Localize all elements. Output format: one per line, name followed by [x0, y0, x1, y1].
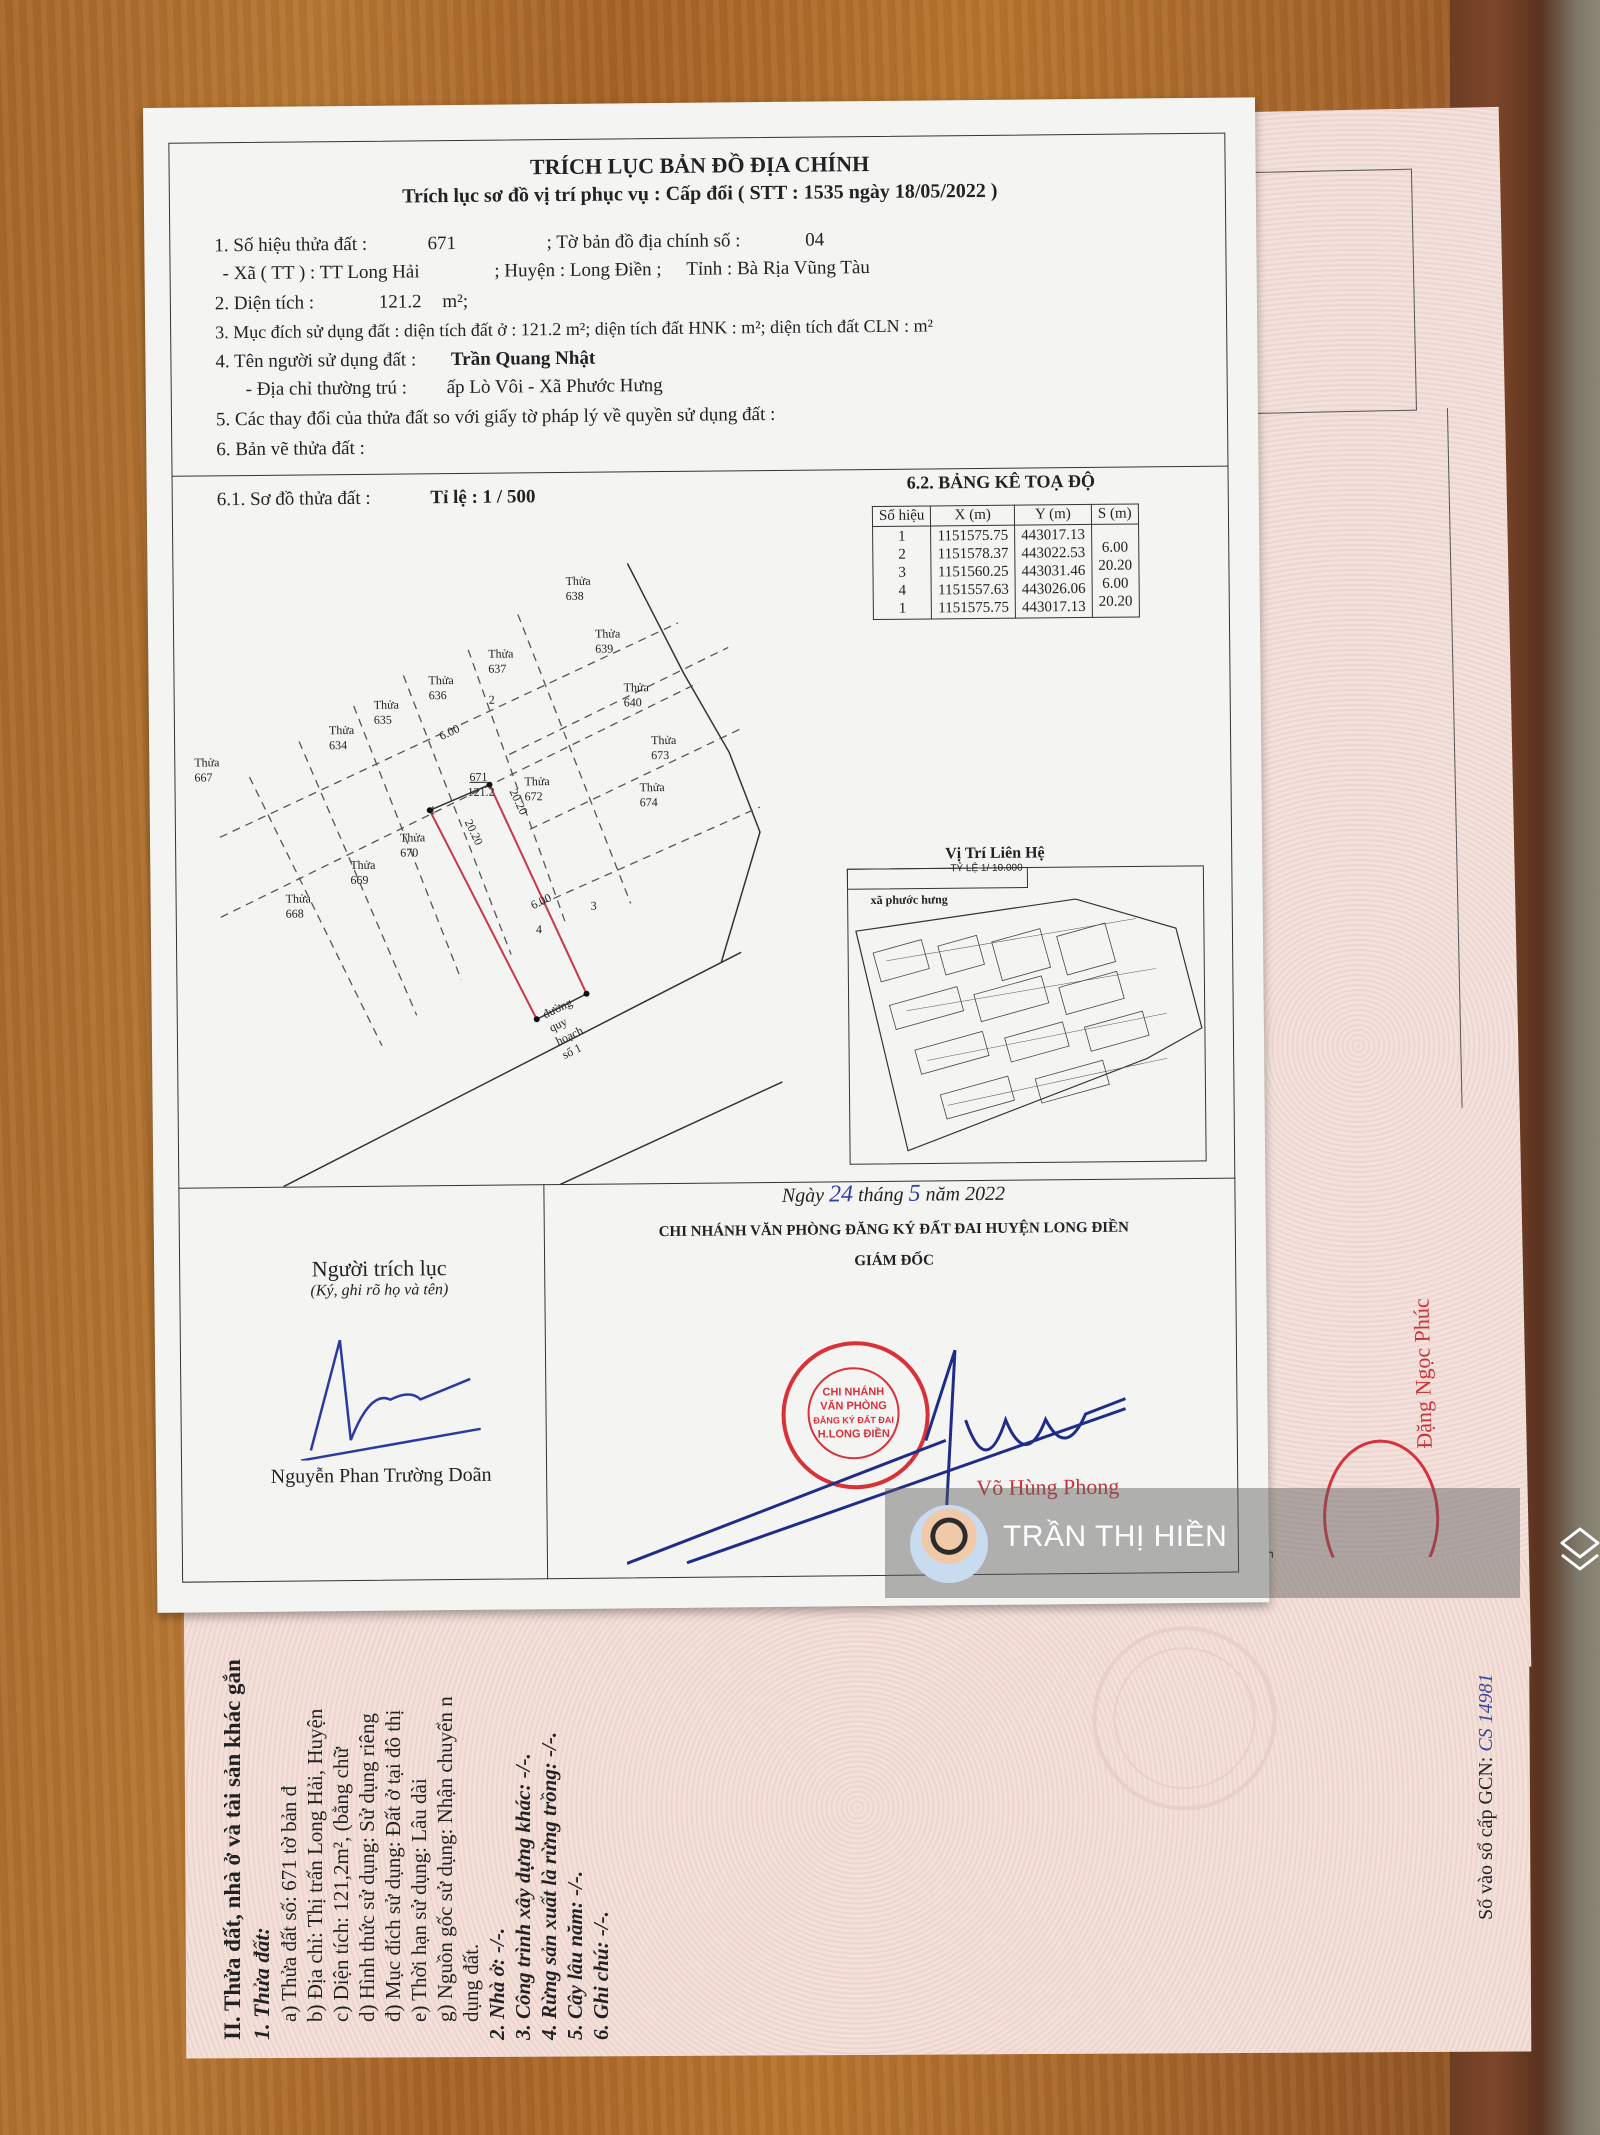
detail-line: g) Nguồn gốc sử dụng: Nhận chuyển n	[432, 1659, 458, 2022]
brand-logo-icon	[1558, 1525, 1600, 1575]
x-values: 1151575.75 1151578.37 1151560.25 1151557…	[931, 525, 1016, 619]
location-scale: TỶ LỆ 1/ 10.000	[950, 863, 1022, 875]
point-ids: 1 2 3 4 1	[873, 526, 932, 620]
y-values: 443017.13 443022.53 443031.46 443026.06 …	[1015, 524, 1093, 618]
certificate-section-2: II. Thửa đất, nhà ở và tài sản khác gắn …	[218, 1659, 614, 2040]
parcel-diagram	[177, 521, 863, 1187]
signature-icon	[270, 1319, 491, 1461]
signature-extractor: Người trích lục (Ký, ghi rõ họ và tên) N…	[214, 1254, 546, 1489]
signature-director: Ngày 24 tháng 5 năm 2022 CHI NHÁNH VĂN P…	[573, 1178, 1214, 1273]
detail-line: dụng đất.	[458, 1659, 484, 2022]
avatar	[910, 1505, 988, 1583]
area-info: 2. Diện tích : 121.2 m²;	[215, 291, 468, 315]
detail-line: d) Hình thức sử dụng: Sử dụng riêng	[354, 1659, 380, 2022]
other-line: 5. Cây lâu năm: -/-.	[562, 1659, 588, 2040]
emboss-seal-icon	[1084, 1618, 1285, 1819]
diagram-header: 6.1. Sơ đồ thửa đất : Tỉ lệ : 1 / 500	[217, 486, 536, 511]
detail-line: đ) Mục đích sử dụng: Đất ở tại đô thị	[380, 1659, 406, 2022]
detail-line: c) Diện tích: 121,2m², (bằng chữ	[328, 1659, 354, 2022]
other-assets: 2. Nhà ở: -/-. 3. Công trình xây dựng kh…	[484, 1659, 614, 2040]
location-commune: xã phước hưng	[871, 892, 948, 908]
section-subtitle: 1. Thửa đất:	[248, 1659, 276, 2040]
other-line: 3. Công trình xây dựng khác: -/-.	[510, 1659, 536, 2040]
lengths: 6.00 20.20 6.00 20.20	[1091, 524, 1139, 617]
other-line: 6. Ghi chú: -/-.	[588, 1659, 614, 2040]
coords-title: 6.2. BẢNG KÊ TOẠ ĐỘ	[907, 471, 1096, 494]
other-line: 4. Rừng sản xuất là rừng trồng: -/-.	[536, 1659, 562, 2040]
watermark-name: TRẦN THỊ HIỀN	[1003, 1520, 1227, 1554]
detail-line: e) Thời hạn sử dụng: Lâu dài	[406, 1659, 432, 2022]
section-title: II. Thửa đất, nhà ở và tài sản khác gắn	[218, 1659, 248, 2040]
drawing-info: 6. Bản vẽ thửa đất :	[216, 438, 365, 461]
detail-line: b) Địa chỉ: Thị trấn Long Hải, Huyện	[302, 1659, 328, 2022]
owner-info: 4. Tên người sử dụng đất : Trần Quang Nh…	[215, 348, 595, 374]
detail-line: a) Thửa đất số: 671 tờ bản đ	[276, 1659, 302, 2022]
coordinate-table: Số hiệu X (m) Y (m) S (m) 1 2 3 4 1 1151…	[872, 503, 1140, 620]
other-line: 2. Nhà ở: -/-.	[484, 1659, 510, 2040]
cadastral-extract: TRÍCH LỤC BẢN ĐỒ ĐỊA CHÍNH Trích lục sơ …	[143, 97, 1269, 1613]
office-name: CHI NHÁNH VĂN PHÒNG ĐĂNG KÝ ĐẤT ĐAI HUYỆ…	[574, 1219, 1214, 1242]
address-info: - Địa chỉ thường trú : ấp Lò Vôi - Xã Ph…	[246, 375, 663, 401]
deputy-name: Đặng Ngọc Phúc	[1409, 1298, 1438, 1449]
registry-number: Số vào sổ cấp GCN: CS 14981	[1475, 1673, 1498, 1920]
land-details: a) Thửa đất số: 671 tờ bản đ b) Địa chỉ:…	[276, 1659, 484, 2040]
